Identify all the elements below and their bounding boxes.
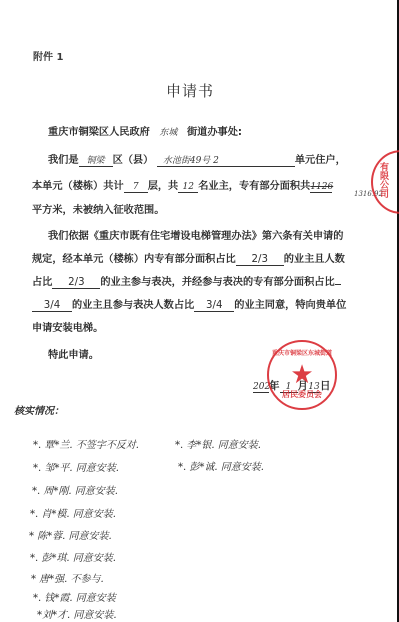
- addressee-prefix: 重庆市铜梁区人民政府: [48, 127, 150, 138]
- text: 的业主且参与表决人数占比: [72, 300, 194, 311]
- para2-line5: 申请安装电梯。: [32, 319, 103, 334]
- verification-entry: *. 彭*琪. 同意安装.: [30, 549, 116, 564]
- text: 占比: [32, 277, 52, 288]
- verification-entry: *. 覃*兰. 不签字不反对.: [33, 436, 139, 451]
- text: 层，共: [148, 181, 179, 192]
- ratio-area-2: 3/4: [32, 300, 72, 312]
- para2-line1: 我们依据《重庆市既有住宅增设电梯管理办法》第六条有关申请的: [48, 227, 343, 242]
- area-struck-field: 1126: [310, 182, 332, 193]
- text: 规定，经本单元（楼栋）内专有部分面积占比: [32, 254, 236, 265]
- verification-entry: *. 周*刚. 同意安装.: [32, 482, 118, 497]
- text: 单元住户，: [295, 155, 346, 166]
- addressee-suffix: 街道办事处:: [187, 127, 242, 138]
- verification-entry: *. 钱*霞. 同意安装: [33, 589, 116, 604]
- ratio-count-2: 3/4: [194, 300, 234, 312]
- para1-line3: 平方米，未被纳入征收范围。: [32, 201, 164, 216]
- document-title: 申请书: [0, 80, 380, 101]
- company-seal-text: 有限公司: [377, 162, 390, 198]
- handwritten-street: 东城: [159, 128, 177, 138]
- seal-bottom-text: 居民委员会: [269, 389, 335, 400]
- text: 区（县）: [113, 155, 154, 166]
- ratio-area-1: 2/3: [236, 254, 284, 266]
- star-icon: ★: [290, 362, 313, 388]
- seal-ring-text: 重庆市铜梁区东城街道: [269, 348, 335, 357]
- attachment-label: 附件 1: [33, 48, 63, 63]
- para2-line4: 3/4的业主且参与表决人数占比3/4的业主同意，特向贵单位: [32, 296, 346, 312]
- owners-field: 12: [178, 182, 198, 193]
- verification-entry: *. 李*银. 同意安装.: [175, 436, 261, 451]
- verification-entry: *. 彭*诚. 同意安装.: [178, 458, 264, 473]
- year-field: 2022: [253, 382, 269, 393]
- para2-line3: 占比2/3的业主参与表决，并经参与表决的专有部分面积占比: [32, 273, 341, 289]
- verification-label: 核实情况：: [14, 402, 64, 417]
- verification-entry: * 陈*蓉. 同意安装.: [29, 527, 112, 542]
- text: 名业主，专有部分面积共: [198, 181, 310, 192]
- verification-entry: *刘*才. 同意安装.: [37, 606, 117, 621]
- text: 我们是: [48, 155, 79, 166]
- para1-line1: 我们是铜梁区（县） 水池街49号 2单元住户，: [48, 151, 346, 167]
- district-field: 铜梁: [79, 153, 113, 167]
- addressee-line: 重庆市铜梁区人民政府 东城 街道办事处:: [48, 123, 242, 138]
- underline: [335, 284, 341, 285]
- text: 的业主且人数: [284, 254, 345, 265]
- address-field: 水池街49号 2: [157, 153, 295, 167]
- text: 的业主同意，特向贵单位: [234, 300, 346, 311]
- text: 的业主参与表决，并经参与表决的专有部分面积占比: [100, 277, 334, 288]
- verification-entry: * 唐*强. 不参与.: [31, 570, 104, 585]
- closing: 特此申请。: [48, 346, 99, 361]
- official-seal: 重庆市铜梁区东城街道 ★ 居民委员会: [267, 340, 337, 410]
- company-seal: 有限公司: [371, 150, 399, 214]
- floors-field: 7: [124, 182, 148, 193]
- text: 本单元（楼栋）共计: [32, 181, 124, 192]
- ratio-count-1: 2/3: [52, 277, 100, 289]
- para2-line2: 规定，经本单元（楼栋）内专有部分面积占比2/3的业主且人数: [32, 250, 345, 266]
- verification-entry: *. 邹*平. 同意安装.: [33, 459, 119, 474]
- para1-line2: 本单元（楼栋）共计7层，共12名业主，专有部分面积共1126: [32, 177, 332, 193]
- verification-entry: *. 肖*模. 同意安装.: [30, 505, 116, 520]
